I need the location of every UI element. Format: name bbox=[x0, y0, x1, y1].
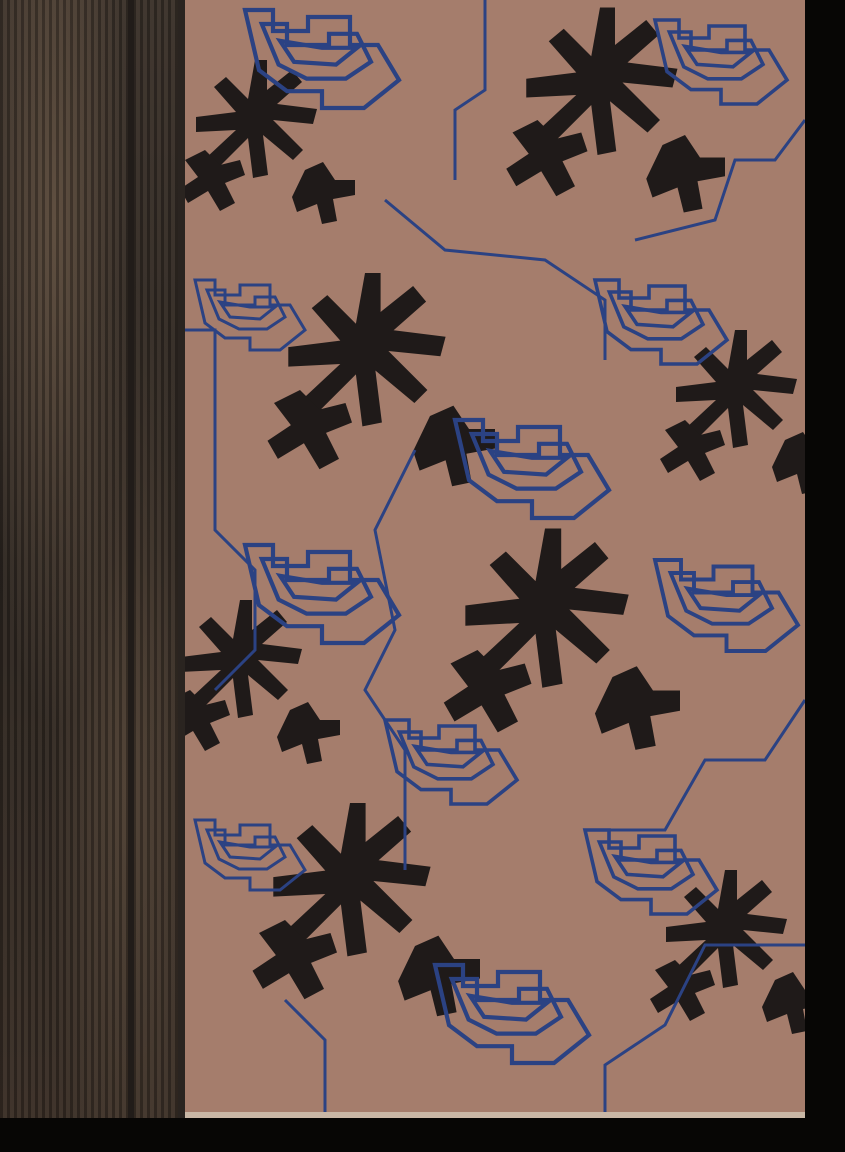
patterned-cover bbox=[185, 0, 805, 1115]
spine-groove bbox=[128, 0, 134, 1118]
leather-spine bbox=[0, 0, 185, 1118]
cover-pattern bbox=[185, 0, 805, 1115]
spine-edge bbox=[178, 0, 185, 1118]
cover-bottom-edge bbox=[185, 1112, 805, 1118]
